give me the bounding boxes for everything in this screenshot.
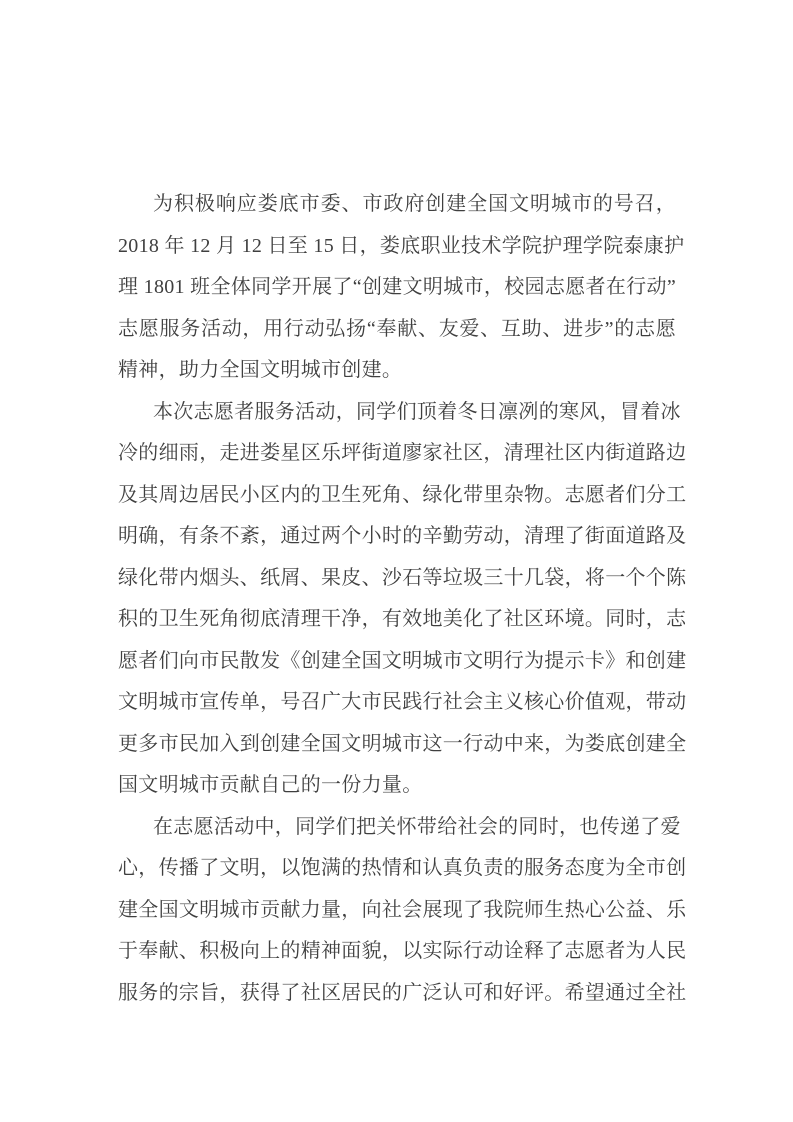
paragraph-3-line-2: 心，传播了文明，以饱满的热情和认真负责的服务态度为全市创 bbox=[118, 848, 676, 890]
paragraph-3-line-4: 于奉献、积极向上的精神面貌，以实际行动诠释了志愿者为人民 bbox=[118, 931, 676, 973]
paragraph-1-line-5: 精神，助力全国文明城市创建。 bbox=[118, 350, 676, 392]
paragraph-3-line-3: 建全国文明城市贡献力量，向社会展现了我院师生热心公益、乐 bbox=[118, 890, 676, 932]
paragraph-3-line-1: 在志愿活动中，同学们把关怀带给社会的同时，也传递了爱 bbox=[118, 807, 676, 849]
paragraph-1-line-2: 2018 年 12 月 12 日至 15 日，娄底职业技术学院护理学院泰康护 bbox=[118, 226, 676, 268]
paragraph-2-line-8: 文明城市宣传单，号召广大市民践行社会主义核心价值观，带动 bbox=[118, 682, 676, 724]
paragraph-2-line-9: 更多市民加入到创建全国文明城市这一行动中来，为娄底创建全 bbox=[118, 724, 676, 766]
paragraph-2-line-6: 积的卫生死角彻底清理干净，有效地美化了社区环境。同时，志 bbox=[118, 599, 676, 641]
document-body: 为积极响应娄底市委、市政府创建全国文明城市的号召， 2018 年 12 月 12… bbox=[118, 184, 676, 1014]
paragraph-1-line-3: 理 1801 班全体同学开展了“创建文明城市，校园志愿者在行动” bbox=[118, 267, 676, 309]
paragraph-2-line-7: 愿者们向市民散发《创建全国文明城市文明行为提示卡》和创建 bbox=[118, 641, 676, 683]
document-page: 为积极响应娄底市委、市政府创建全国文明城市的号召， 2018 年 12 月 12… bbox=[0, 0, 793, 1122]
paragraph-1-line-4: 志愿服务活动，用行动弘扬“奉献、友爱、互助、进步”的志愿 bbox=[118, 309, 676, 351]
paragraph-2-line-2: 冷的细雨，走进娄星区乐坪街道廖家社区，清理社区内街道路边 bbox=[118, 433, 676, 475]
paragraph-1-line-1: 为积极响应娄底市委、市政府创建全国文明城市的号召， bbox=[118, 184, 676, 226]
paragraph-2-line-10: 国文明城市贡献自己的一份力量。 bbox=[118, 765, 676, 807]
paragraph-3-line-5: 服务的宗旨，获得了社区居民的广泛认可和好评。希望通过全社 bbox=[118, 973, 676, 1015]
paragraph-2-line-3: 及其周边居民小区内的卫生死角、绿化带里杂物。志愿者们分工 bbox=[118, 475, 676, 517]
paragraph-2-line-1: 本次志愿者服务活动，同学们顶着冬日凛冽的寒风，冒着冰 bbox=[118, 392, 676, 434]
paragraph-2-line-5: 绿化带内烟头、纸屑、果皮、沙石等垃圾三十几袋，将一个个陈 bbox=[118, 558, 676, 600]
paragraph-2-line-4: 明确，有条不紊，通过两个小时的辛勤劳动，清理了街面道路及 bbox=[118, 516, 676, 558]
